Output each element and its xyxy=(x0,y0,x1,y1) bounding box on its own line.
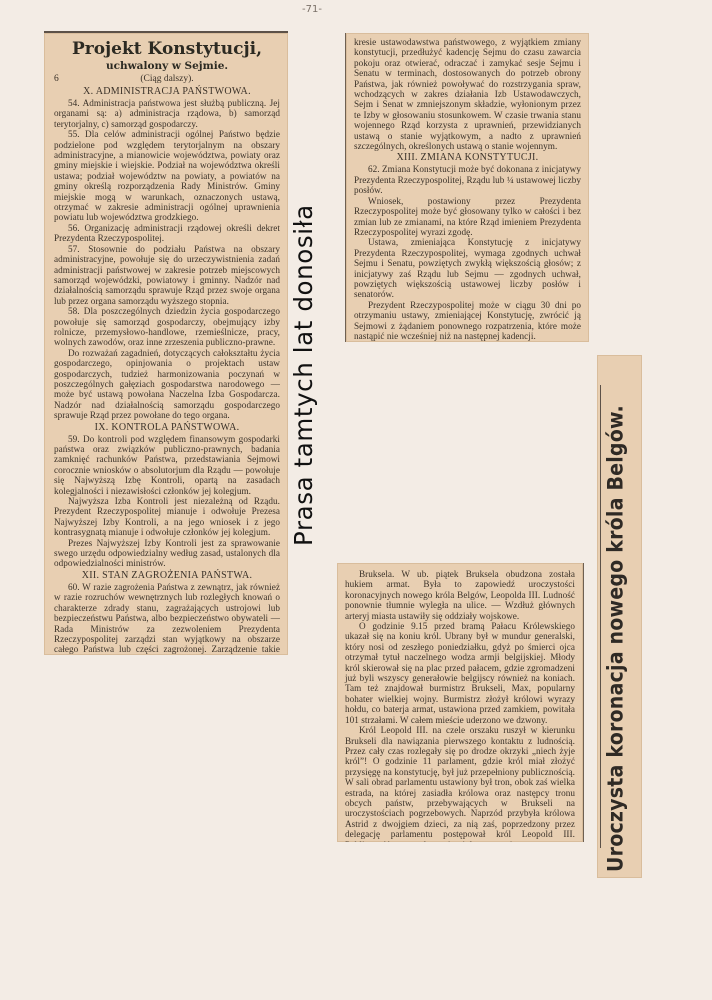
continuation-line: 6 (Ciąg dalszy). xyxy=(54,73,280,85)
paragraph: 57. Stosownie do podziału Państwa na obs… xyxy=(54,244,280,306)
paragraph: 60. W razie zagrożenia Państwa z zewnątr… xyxy=(54,582,280,655)
paragraph: Bruksela. W ub. piątek Bruksela obudzona… xyxy=(345,569,575,621)
paragraph: kresie ustawodawstwa państwowego, z wyją… xyxy=(354,37,581,151)
paragraph: Ustawa, zmieniająca Konstytucję z inicja… xyxy=(354,237,581,299)
article-body: X. ADMINISTRACJA PAŃSTWOWA. 54. Administ… xyxy=(54,85,280,655)
paragraph: 62. Zmiana Konstytucji może być dokonana… xyxy=(354,164,581,195)
paragraph: O godzinie 9.15 przed bramą Pałacu Króle… xyxy=(345,621,575,725)
paragraph: 55. Dla celów administracji ogólnej Pańs… xyxy=(54,129,280,223)
paragraph: Prezes Najwyższej Izby Kontroli jest za … xyxy=(54,538,280,569)
coronation-headline: Uroczysta koronacja nowego króla Belgów. xyxy=(604,362,628,872)
section-heading: XII. STAN ZAGROŻENIA PAŃSTWA. xyxy=(54,569,280,582)
paragraph: Król Leopold III. na czele orszaku ruszy… xyxy=(345,725,575,842)
page-number-annotation: -71- xyxy=(282,4,342,15)
paragraph: 58. Dla poszczególnych dziedzin życia go… xyxy=(54,306,280,348)
continued-note: (Ciąg dalszy). xyxy=(140,74,193,84)
paragraph: Do rozważań zagadnień, dotyczących całok… xyxy=(54,348,280,421)
constitution-article-continuation-clipping: kresie ustawodawstwa państwowego, z wyją… xyxy=(345,33,589,342)
paragraph: Jeżeli Izby Ustawodawcze uchwalą ponowni… xyxy=(354,341,581,342)
paragraph: 59. Do kontroli pod względem finansowym … xyxy=(54,434,280,496)
article-body: kresie ustawodawstwa państwowego, z wyją… xyxy=(354,37,581,342)
section-heading: X. ADMINISTRACJA PAŃSTWOWA. xyxy=(54,85,280,98)
article-subtitle: uchwalony w Sejmie. xyxy=(54,59,280,73)
article-title: Projekt Konstytucji, xyxy=(54,39,280,59)
belgian-coronation-clipping: Bruksela. W ub. piątek Bruksela obudzona… xyxy=(337,563,584,842)
article-body: Bruksela. W ub. piątek Bruksela obudzona… xyxy=(345,569,575,842)
section-heading: XIII. ZMIANA KONSTYTUCJI. xyxy=(354,151,581,164)
divider-rule xyxy=(600,385,601,848)
paragraph: 54. Administracja państwowa jest służbą … xyxy=(54,98,280,129)
issue-number: 6 xyxy=(54,73,59,85)
constitution-article-clipping: Projekt Konstytucji, uchwalony w Sejmie.… xyxy=(44,31,288,655)
paragraph: Wniosek, postawiony przez Prezydenta Rze… xyxy=(354,196,581,238)
paragraph: Najwyższa Izba Kontroli jest niezależną … xyxy=(54,496,280,538)
paragraph: Prezydent Rzeczypospolitej może w ciągu … xyxy=(354,300,581,342)
press-section-label: Prasa tamtych lat donosiła xyxy=(289,216,318,546)
section-heading: IX. KONTROLA PAŃSTWOWA. xyxy=(54,421,280,434)
paragraph: 56. Organizację administracji rządowej o… xyxy=(54,223,280,244)
